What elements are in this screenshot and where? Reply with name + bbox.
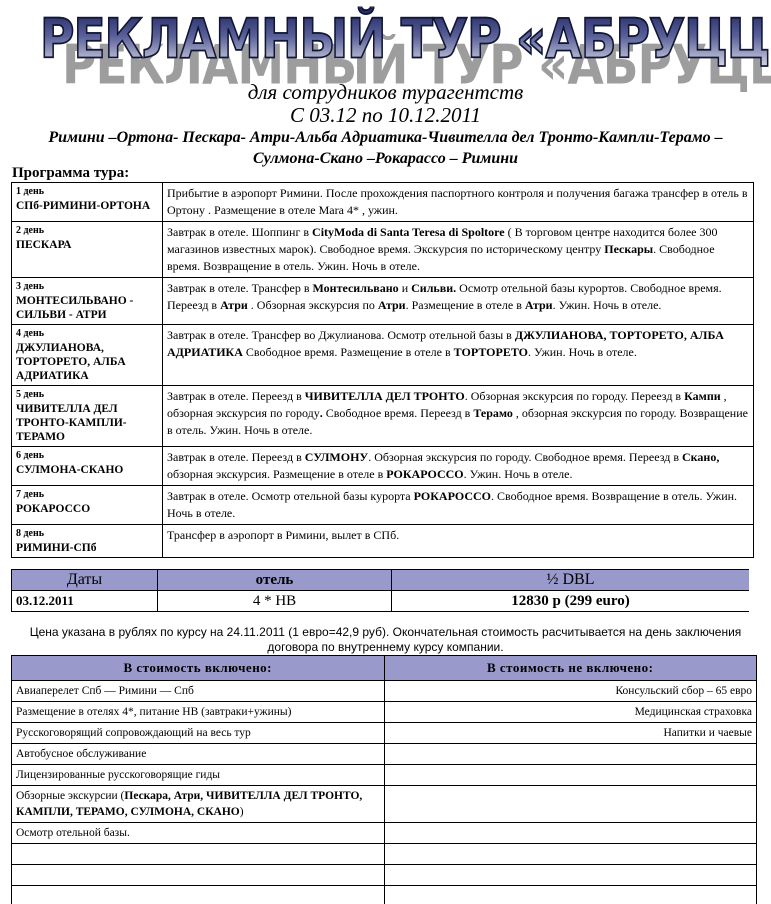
program-row: 6 деньСУЛМОНА-СКАНОЗавтрак в отеле. Пере… (12, 447, 754, 486)
program-table: 1 деньСПб-РИМИНИ-ОРТОНАПрибытие в аэропо… (11, 182, 754, 558)
table-row: Русскоговорящий сопровождающий на весь т… (12, 723, 757, 744)
day-cell: 4 деньДЖУЛИАНОВА, ТОРТОРЕТО, АЛБА АДРИАТ… (12, 325, 163, 386)
price-header-hotel: отель (158, 570, 392, 591)
day-number: 6 день (16, 449, 158, 463)
day-description: Завтрак в отеле. Переезд в СУЛМОНУ. Обзо… (163, 447, 754, 486)
excluded-item (384, 823, 757, 844)
day-place: СУЛМОНА-СКАНО (16, 464, 123, 476)
program-row: 3 деньМОНТЕСИЛЬВАНО - СИЛЬВИ - АТРИЗавтр… (12, 278, 754, 325)
day-cell: 2 деньПЕСКАРА (12, 222, 163, 278)
day-number: 2 день (16, 224, 158, 238)
included-item (12, 865, 385, 886)
table-row: Лицензированные русскоговорящие гиды (12, 765, 757, 786)
included-item (12, 886, 385, 904)
route-line-1: Римини –Ортона- Пескара- Атри-Альба Адри… (0, 127, 771, 148)
included-item: Русскоговорящий сопровождающий на весь т… (12, 723, 385, 744)
program-row: 8 деньРИМИНИ-СПбТрансфер в аэропорт в Ри… (12, 525, 754, 558)
program-row: 7 деньРОКАРОССОЗавтрак в отеле. Осмотр о… (12, 486, 754, 525)
day-number: 5 день (16, 388, 158, 402)
excluded-item: Консульский сбор – 65 евро (384, 681, 757, 702)
excluded-item (384, 886, 757, 904)
day-number: 7 день (16, 488, 158, 502)
included-item: Обзорные экскурсии (Пескара, Атри, ЧИВИТ… (12, 786, 385, 823)
program-row: 1 деньСПб-РИМИНИ-ОРТОНАПрибытие в аэропо… (12, 183, 754, 222)
included-header: В стоимость включено: (12, 656, 385, 681)
day-description: Завтрак в отеле. Переезд в ЧИВИТЕЛЛА ДЕЛ… (163, 386, 754, 447)
day-number: 8 день (16, 527, 158, 541)
day-description: Трансфер в аэропорт в Римини, вылет в СП… (163, 525, 754, 558)
day-place: ПЕСКАРА (16, 239, 71, 251)
excluded-item (384, 765, 757, 786)
tour-dates: С 03.12 по 10.12.2011 (0, 103, 771, 128)
table-row: Автобусное обслуживание (12, 744, 757, 765)
inclusions-table: В стоимость включено: В стоимость не вкл… (11, 655, 757, 904)
day-place: МОНТЕСИЛЬВАНО - СИЛЬВИ - АТРИ (16, 295, 133, 321)
excluded-item: Медицинская страховка (384, 702, 757, 723)
day-cell: 1 деньСПб-РИМИНИ-ОРТОНА (12, 183, 163, 222)
page-title: РЕКЛАМНЫЙ ТУР «АБРУЦЦО» (40, 8, 771, 71)
table-row: Размещение в отелях 4*, питание HB (завт… (12, 702, 757, 723)
included-item: Осмотр отельной базы. (12, 823, 385, 844)
day-description: Прибытие в аэропорт Римини. После прохож… (163, 183, 754, 222)
day-place: ЧИВИТЕЛЛА ДЕЛ ТРОНТО-КАМПЛИ-ТЕРАМО (16, 403, 127, 443)
day-cell: 3 деньМОНТЕСИЛЬВАНО - СИЛЬВИ - АТРИ (12, 278, 163, 325)
program-row: 5 деньЧИВИТЕЛЛА ДЕЛ ТРОНТО-КАМПЛИ-ТЕРАМО… (12, 386, 754, 447)
included-item (12, 844, 385, 865)
day-description: Завтрак в отеле. Осмотр отельной базы ку… (163, 486, 754, 525)
table-row (12, 886, 757, 904)
day-place: РОКАРОССО (16, 503, 90, 515)
route: Римини –Ортона- Пескара- Атри-Альба Адри… (0, 127, 771, 169)
program-row: 2 деньПЕСКАРАЗавтрак в отеле. Шоппинг в … (12, 222, 754, 278)
day-place: СПб-РИМИНИ-ОРТОНА (16, 200, 150, 212)
day-place: РИМИНИ-СПб (16, 542, 97, 554)
program-label: Программа тура: (12, 165, 129, 182)
included-item: Авиаперелет Спб — Римини — Спб (12, 681, 385, 702)
excluded-item: Напитки и чаевые (384, 723, 757, 744)
title-banner: РЕКЛАМНЫЙ ТУР «АБРУЦЦО» РЕКЛАМНЫЙ ТУР «А… (0, 0, 771, 90)
day-description: Завтрак в отеле. Шоппинг в CityModa di S… (163, 222, 754, 278)
included-item: Размещение в отелях 4*, питание HB (завт… (12, 702, 385, 723)
price-hotel: 4 * HB (158, 591, 392, 612)
price-table: Даты отель ½ DBL 03.12.2011 4 * HB 12830… (11, 569, 749, 612)
included-item: Автобусное обслуживание (12, 744, 385, 765)
table-row: Обзорные экскурсии (Пескара, Атри, ЧИВИТ… (12, 786, 757, 823)
table-row: Авиаперелет Спб — Римини — СпбКонсульски… (12, 681, 757, 702)
excluded-header: В стоимость не включено: (384, 656, 757, 681)
day-cell: 6 деньСУЛМОНА-СКАНО (12, 447, 163, 486)
price-date: 03.12.2011 (12, 591, 158, 612)
day-description: Завтрак в отеле. Трансфер в Монтесильван… (163, 278, 754, 325)
day-description: Завтрак в отеле. Трансфер во Джулианова.… (163, 325, 754, 386)
day-cell: 8 деньРИМИНИ-СПб (12, 525, 163, 558)
excluded-item (384, 744, 757, 765)
price-note: Цена указана в рублях по курсу на 24.11.… (20, 625, 751, 655)
day-cell: 5 деньЧИВИТЕЛЛА ДЕЛ ТРОНТО-КАМПЛИ-ТЕРАМО (12, 386, 163, 447)
excluded-item (384, 844, 757, 865)
day-number: 4 день (16, 327, 158, 341)
table-row: 03.12.2011 4 * HB 12830 р (299 euro) (12, 591, 750, 612)
excluded-item (384, 865, 757, 886)
included-item: Лицензированные русскоговорящие гиды (12, 765, 385, 786)
day-cell: 7 деньРОКАРОССО (12, 486, 163, 525)
day-number: 3 день (16, 280, 158, 294)
day-place: ДЖУЛИАНОВА, ТОРТОРЕТО, АЛБА АДРИАТИКА (16, 342, 126, 382)
table-row (12, 844, 757, 865)
day-number: 1 день (16, 185, 158, 199)
price-header-dates: Даты (12, 570, 158, 591)
program-row: 4 деньДЖУЛИАНОВА, ТОРТОРЕТО, АЛБА АДРИАТ… (12, 325, 754, 386)
excluded-item (384, 786, 757, 823)
price-header-dbl: ½ DBL (392, 570, 750, 591)
subtitle: для сотрудников турагентств (0, 80, 771, 105)
table-row (12, 865, 757, 886)
table-row: Осмотр отельной базы. (12, 823, 757, 844)
price-value: 12830 р (299 euro) (392, 591, 750, 612)
